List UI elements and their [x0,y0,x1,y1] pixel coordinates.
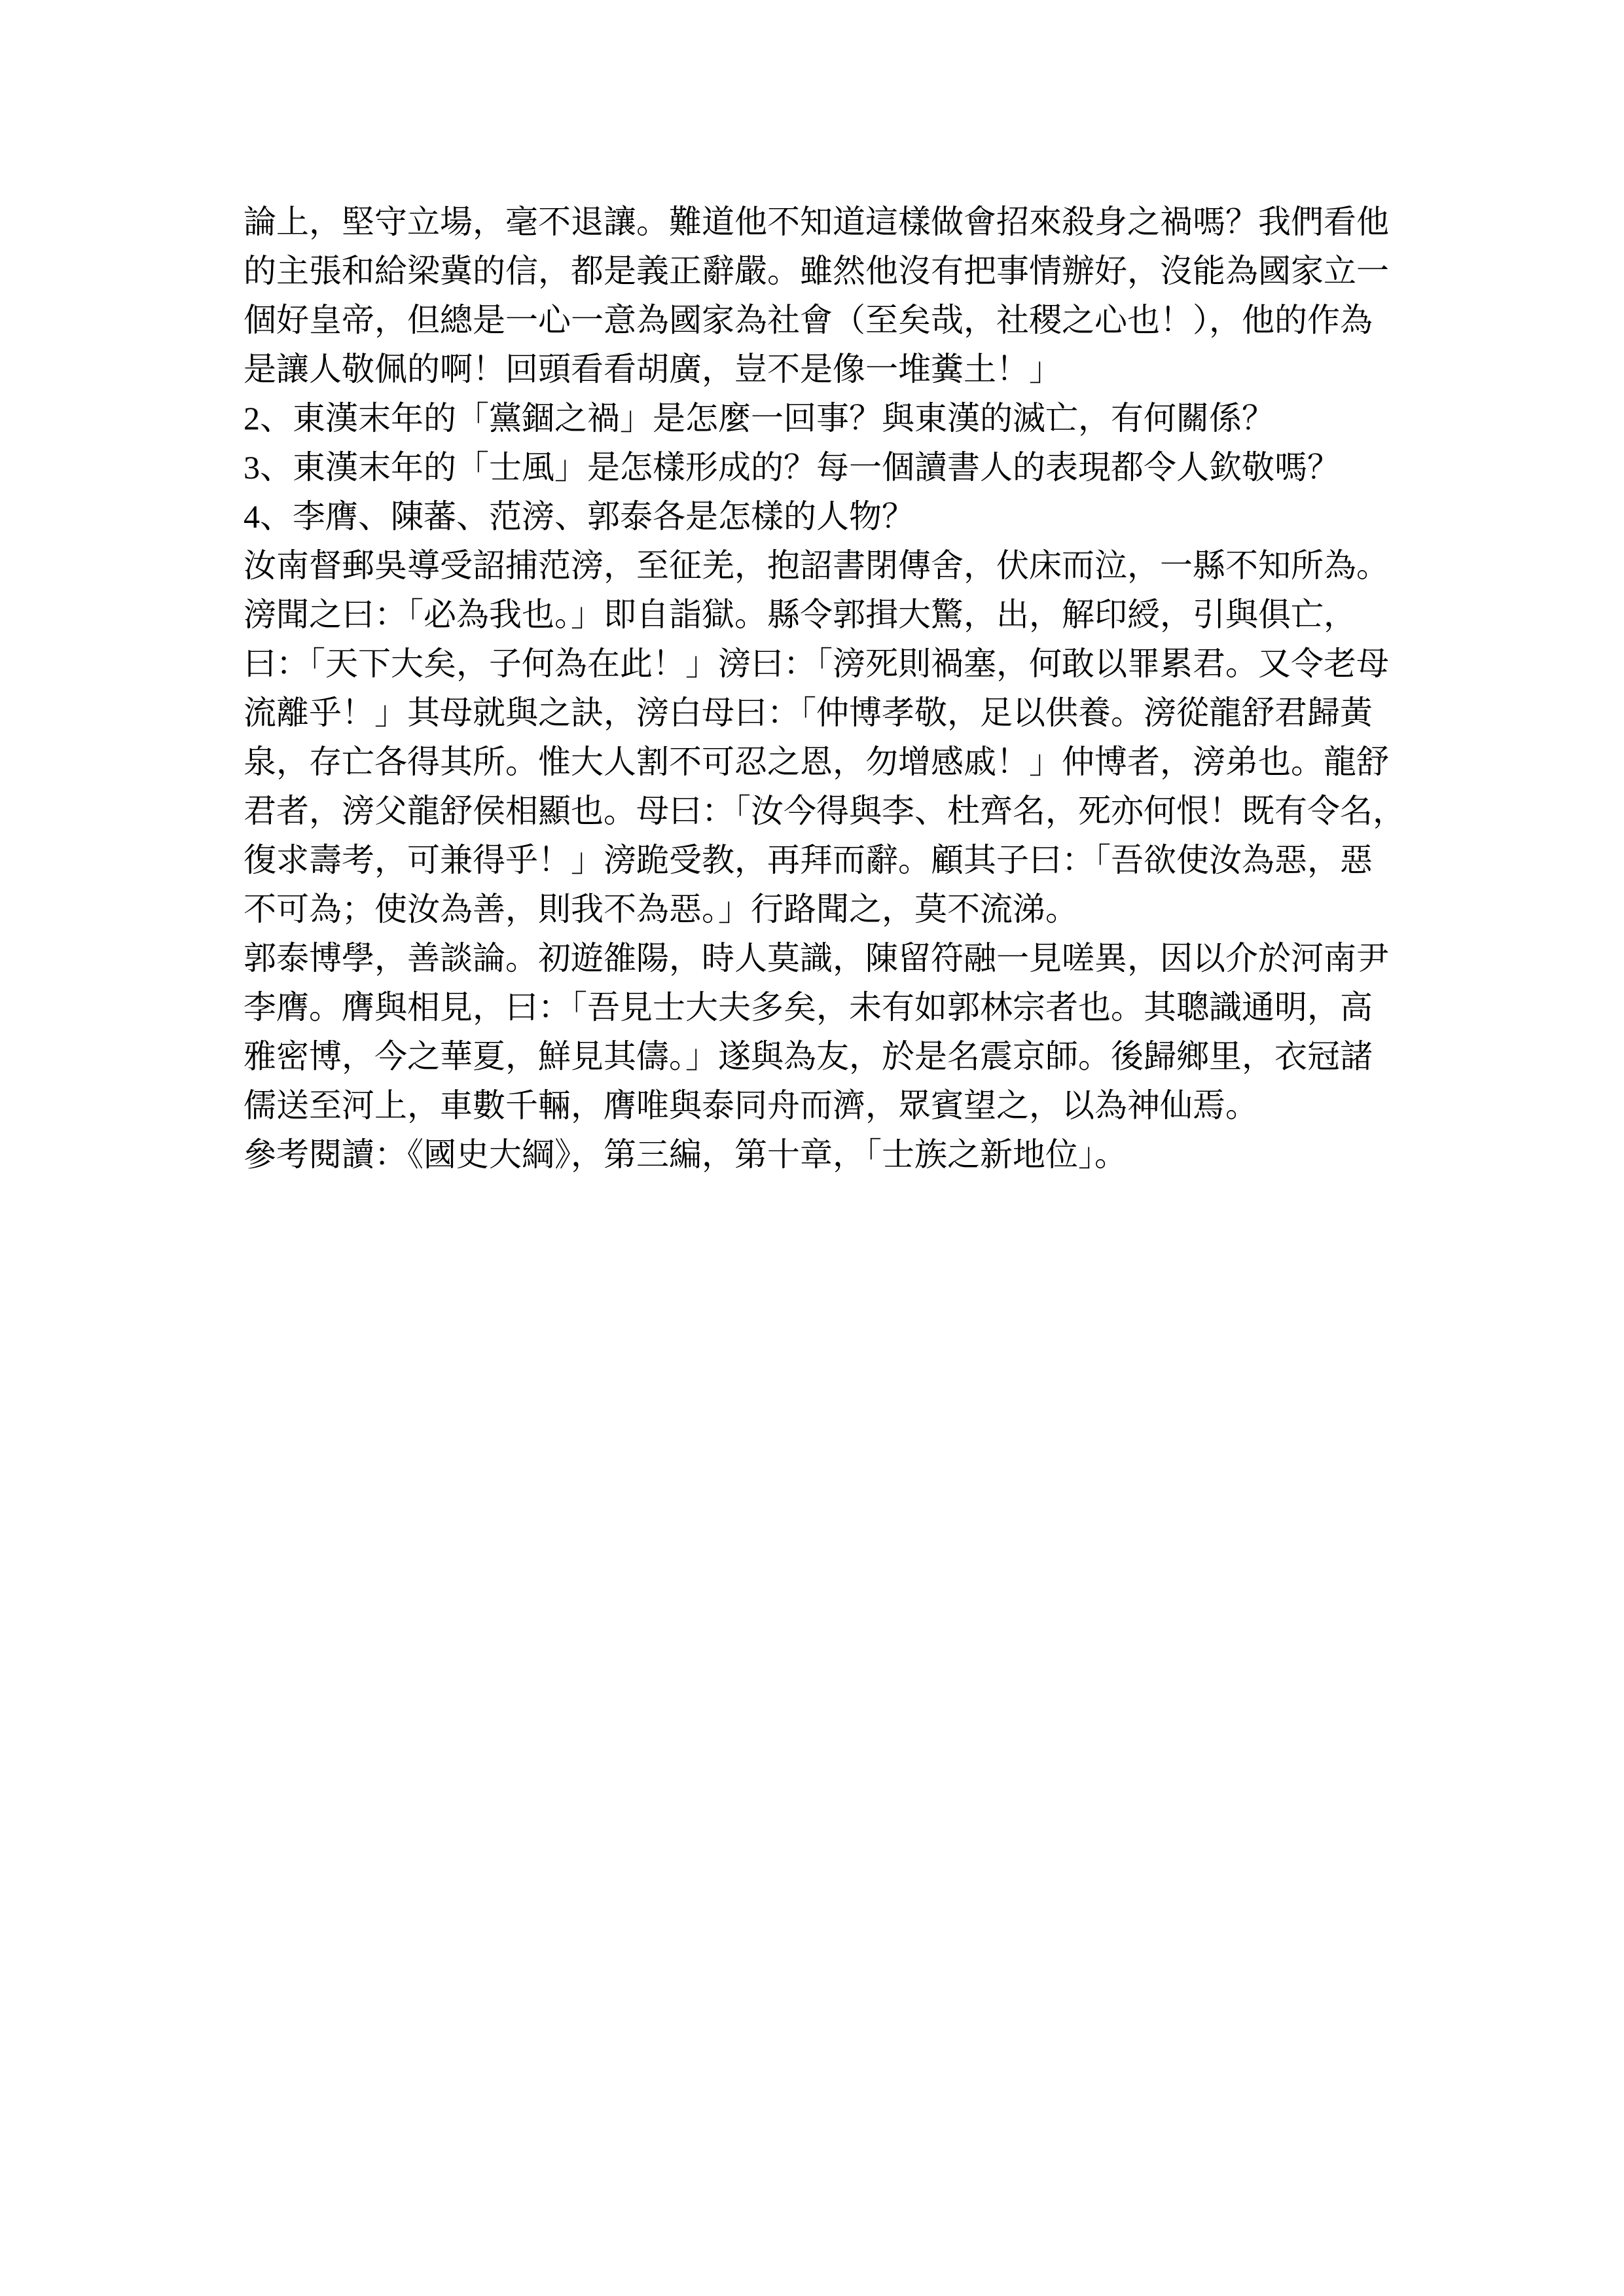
passage-line: 泉，存亡各得其所。惟大人割不可忍之恩，勿增感戚！」仲博者，滂弟也。龍舒 [244,738,1398,787]
paragraph-line: 個好皇帝，但總是一心一意為國家為社會（至矣哉，社稷之心也！），他的作為 [244,296,1398,345]
passage-line: 汝南督郵吳導受詔捕范滂，至征羌，抱詔書閉傳舍，伏床而泣，一縣不知所為。 [244,541,1398,590]
question-item-2: 2、東漢末年的「黨錮之禍」是怎麼一回事？與東漢的滅亡，有何關係？ [244,394,1398,443]
passage-line: 滂聞之曰：「必為我也。」即自詣獄。縣令郭揖大驚，出，解印綬，引與俱亡， [244,590,1398,639]
passage-line: 復求壽考，可兼得乎！」滂跪受教，再拜而辭。顧其子曰：「吾欲使汝為惡，惡 [244,836,1398,885]
passage-line: 儒送至河上，車數千輛，膺唯與泰同舟而濟，眾賓望之，以為神仙焉。 [244,1081,1398,1130]
paragraph-line: 是讓人敬佩的啊！回頭看看胡廣，豈不是像一堆糞土！」 [244,345,1398,394]
passage-line: 郭泰博學，善談論。初遊雒陽，時人莫識，陳留符融一見嗟異，因以介於河南尹 [244,934,1398,983]
question-item-4: 4、李膺、陳蕃、范滂、郭泰各是怎樣的人物？ [244,492,1398,541]
question-item-3: 3、東漢末年的「士風」是怎樣形成的？每一個讀書人的表現都令人欽敬嗎？ [244,443,1398,492]
passage-line: 君者，滂父龍舒侯相顯也。母曰：「汝今得與李、杜齊名，死亦何恨！既有令名， [244,787,1398,836]
questions-list: 2、東漢末年的「黨錮之禍」是怎麼一回事？與東漢的滅亡，有何關係？ 3、東漢末年的… [244,394,1398,541]
document-page: 論上，堅守立場，毫不退讓。難道他不知道這樣做會招來殺身之禍嗎？我們看他 的主張和… [0,0,1624,2296]
text-block: 論上，堅守立場，毫不退讓。難道他不知道這樣做會招來殺身之禍嗎？我們看他 的主張和… [244,198,1398,1179]
continued-paragraph: 論上，堅守立場，毫不退讓。難道他不知道這樣做會招來殺身之禍嗎？我們看他 的主張和… [244,198,1398,394]
reference-line: 參考閱讀：《國史大綱》，第三編，第十章，「士族之新地位」。 [244,1130,1398,1179]
paragraph-line: 論上，堅守立場，毫不退讓。難道他不知道這樣做會招來殺身之禍嗎？我們看他 [244,198,1398,247]
paragraph-line: 的主張和給梁冀的信，都是義正辭嚴。雖然他沒有把事情辦好，沒能為國家立一 [244,247,1398,296]
passage-line: 曰：「天下大矣，子何為在此！」滂曰：「滂死則禍塞，何敢以罪累君。又令老母 [244,639,1398,689]
passage-line: 不可為；使汝為善，則我不為惡。」行路聞之，莫不流涕。 [244,885,1398,934]
passage-guo-tai: 郭泰博學，善談論。初遊雒陽，時人莫識，陳留符融一見嗟異，因以介於河南尹 李膺。膺… [244,934,1398,1130]
passage-fan-pang: 汝南督郵吳導受詔捕范滂，至征羌，抱詔書閉傳舍，伏床而泣，一縣不知所為。 滂聞之曰… [244,541,1398,934]
passage-line: 流離乎！」其母就與之訣，滂白母曰：「仲博孝敬，足以供養。滂從龍舒君歸黃 [244,689,1398,738]
passage-line: 李膺。膺與相見，曰：「吾見士大夫多矣，未有如郭林宗者也。其聰識通明，高 [244,983,1398,1032]
passage-line: 雅密博，今之華夏，鮮見其儔。」遂與為友，於是名震京師。後歸鄉里，衣冠諸 [244,1032,1398,1081]
